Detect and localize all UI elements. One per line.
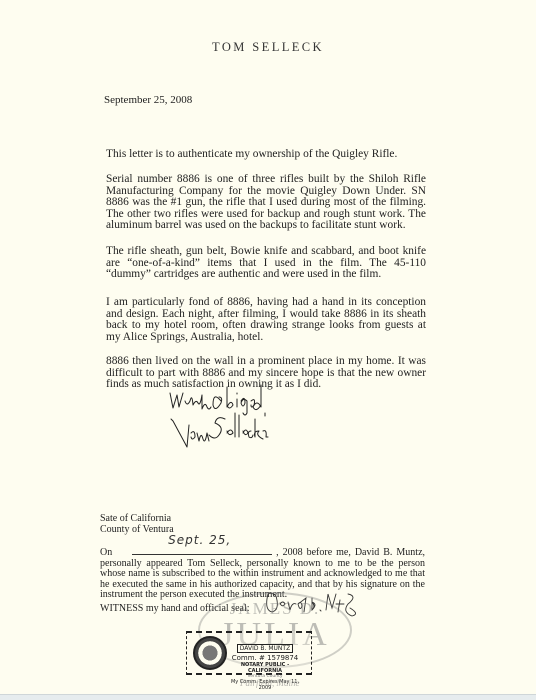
- letter-page: TOM SELLECK September 25, 2008 This lett…: [0, 0, 536, 694]
- paragraph-intro: This letter is to authenticate my owners…: [106, 149, 426, 161]
- paragraph-serial: Serial number 8886 is one of three rifle…: [106, 174, 426, 232]
- stamp-comm-number: Comm. # 1579874: [227, 654, 303, 662]
- handwritten-signature-icon: [165, 383, 275, 453]
- date-blank-line: Sept. 25,: [132, 544, 272, 555]
- paragraph-items: The rifle sheath, gun belt, Bowie knife …: [106, 246, 426, 281]
- notary-on-label: On: [100, 547, 112, 558]
- letterhead: TOM SELLECK: [0, 40, 536, 55]
- watermark-subtitle: Fairfield, Maine: [240, 678, 300, 688]
- notary-venue: Sate of California County of Ventura: [100, 514, 174, 535]
- stamp-title: NOTARY PUBLIC - CALIFORNIA: [227, 662, 303, 674]
- page-bottom-edge: [0, 694, 536, 700]
- letter-date: September 25, 2008: [104, 94, 192, 106]
- paragraph-fond: I am particularly fond of 8886, having h…: [106, 297, 426, 343]
- notary-county: County of Ventura: [100, 525, 174, 536]
- state-seal-icon: [193, 636, 227, 670]
- stamp-notary-name: DAVID B. MUNTZ: [237, 644, 293, 653]
- notary-state: Sate of California: [100, 514, 174, 525]
- notary-stamp: DAVID B. MUNTZ Comm. # 1579874 NOTARY PU…: [186, 631, 312, 675]
- handwritten-date: Sept. 25,: [168, 535, 231, 546]
- signature-tom-selleck: [165, 383, 275, 453]
